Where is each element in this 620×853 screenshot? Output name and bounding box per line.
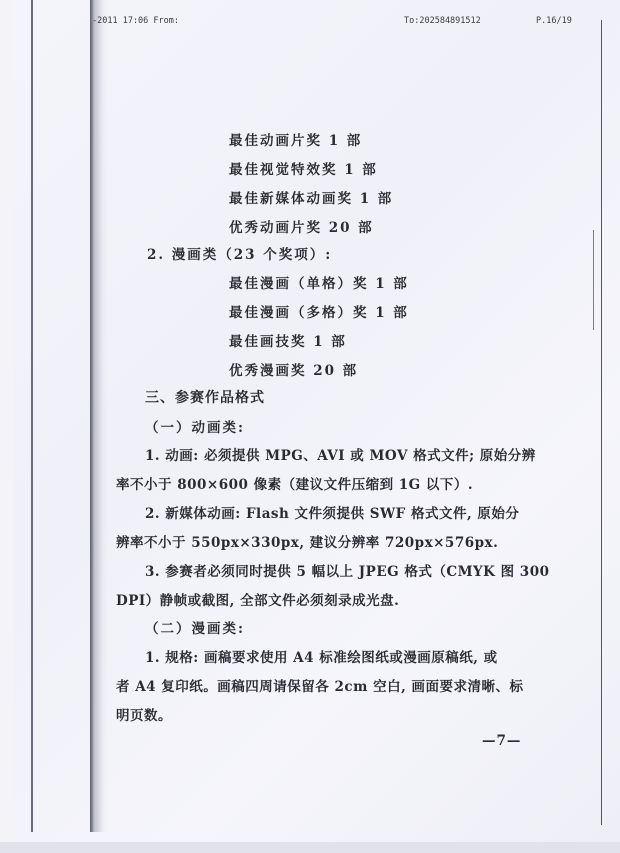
binding-shadow (94, 0, 108, 832)
binding-line-outer (31, 0, 33, 832)
scan-margin-left (0, 0, 14, 853)
comic-subheading: （二）漫画类: (145, 617, 245, 637)
comic-award-item: 最佳画技奖 1 部 (229, 330, 347, 350)
body-line: 1. 规格: 画稿要求使用 A4 标准绘图纸或漫画原稿纸, 或 (145, 646, 498, 666)
scan-margin-bottom (0, 842, 620, 853)
comic-award-item: 优秀漫画奖 20 部 (229, 359, 358, 379)
body-line: 1. 动画: 必须提供 MPG、AVI 或 MOV 格式文件; 原始分辨 (145, 444, 536, 464)
animation-subheading: （一）动画类: (145, 416, 245, 436)
fax-datetime: -2011 17:06 From: (92, 16, 179, 26)
comic-award-item: 最佳漫画（单格）奖 1 部 (229, 272, 409, 292)
page-number: —7— (482, 733, 521, 749)
animation-award-item: 最佳新媒体动画奖 1 部 (229, 187, 393, 207)
body-line: 2. 新媒体动画: Flash 文件须提供 SWF 格式文件, 原始分 (145, 502, 519, 522)
fax-page-count: P.16/19 (536, 16, 572, 26)
right-margin-line-secondary (593, 230, 594, 330)
animation-award-item: 优秀动画片奖 20 部 (229, 216, 374, 236)
fax-recipient: To:202584891512 (404, 16, 481, 26)
body-line: DPI）静帧或截图, 全部文件必须刻录成光盘. (116, 589, 399, 609)
animation-award-item: 最佳动画片奖 1 部 (229, 129, 362, 149)
body-line: 辨率不小于 550px×330px, 建议分辨率 720px×576px. (116, 531, 498, 551)
right-margin-line (601, 20, 602, 825)
animation-award-item: 最佳视觉特效奖 1 部 (229, 158, 378, 178)
body-line: 者 A4 复印纸。画稿四周请保留各 2cm 空白, 画面要求清晰、标 (116, 675, 523, 695)
section-heading: 三、参赛作品格式 (145, 387, 265, 407)
comic-award-item: 最佳漫画（多格）奖 1 部 (229, 301, 409, 321)
comic-category-title: 2. 漫画类（23 个奖项）: (147, 243, 332, 263)
body-line: 明页数。 (116, 704, 172, 724)
body-line: 3. 参赛者必须同时提供 5 幅以上 JPEG 格式（CMYK 图 300 (145, 560, 549, 580)
body-line: 率不小于 800×600 像素（建议文件压缩到 1G 以下）. (116, 473, 473, 493)
